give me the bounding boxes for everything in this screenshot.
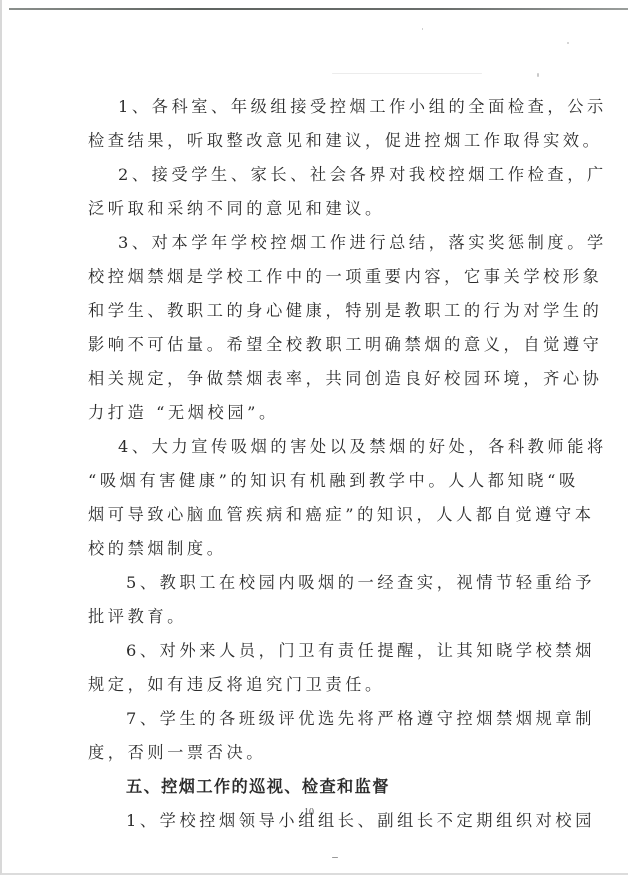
paragraph-line: 3、对本学年学校控烟工作进行总结，落实奖惩制度。学 [88,226,548,260]
paragraph-line: 力打造 “无烟校园”。 [88,396,548,430]
document-page: 1、各科室、年级组接受控烟工作小组的全面检查，公示 检查结果，听取整改意见和建议… [0,0,628,875]
paragraph-line: 5、教职工在校园内吸烟的一经查实，视情节轻重给予 [88,566,548,600]
paragraph-line: 泛听取和采纳不同的意见和建议。 [88,192,548,226]
paragraph-line: 和学生、教职工的身心健康，特别是教职工的行为对学生的 [88,294,548,328]
paragraph-line: 6、对外来人员，门卫有责任提醒，让其知晓学校禁烟 [88,634,548,668]
paragraph-line: 1、各科室、年级组接受控烟工作小组的全面检查，公示 [88,90,548,124]
paragraph-line: 检查结果，听取整改意见和建议，促进控烟工作取得实效。 [88,124,548,158]
document-body: 1、各科室、年级组接受控烟工作小组的全面检查，公示 检查结果，听取整改意见和建议… [88,90,548,838]
scan-speck [422,28,423,30]
scan-smudge [332,73,482,74]
page-number: 10 [304,807,314,818]
paragraph-line: 相关规定，争做禁烟表率，共同创造良好校园环境，齐心协 [88,362,548,396]
scan-speck [537,73,539,77]
paragraph-line: 度，否则一票否决。 [88,736,548,770]
paragraph-line: 规定，如有违反将追究门卫责任。 [88,668,548,702]
paragraph-line: 7、学生的各班级评优选先将严格遵守控烟禁烟规章制 [88,702,548,736]
paragraph-line: 批评教育。 [88,600,548,634]
paragraph-line: 烟可导致心脑血管疾病和癌症”的知识，人人都自觉遵守本 [88,498,548,532]
top-border-rule [9,8,628,10]
paragraph-line: 校控烟禁烟是学校工作中的一项重要内容，它事关学校形象 [88,260,548,294]
paragraph-line: 4、大力宣传吸烟的害处以及禁烟的好处，各科教师能将 [88,430,548,464]
paragraph-line: “吸烟有害健康”的知识有机融到教学中。人人都知晓“吸 [88,464,548,498]
scan-speck [332,857,338,858]
scan-speck [567,42,569,44]
section-heading: 五、控烟工作的巡视、检查和监督 [88,770,548,804]
paragraph-line: 影响不可估量。希望全校教职工明确禁烟的意义，自觉遵守 [88,328,548,362]
paragraph-line: 校的禁烟制度。 [88,532,548,566]
paragraph-line: 2、接受学生、家长、社会各界对我校控烟工作检查，广 [88,158,548,192]
paragraph-line: 1、学校控烟领导小组组长、副组长不定期组织对校园 [88,804,548,838]
